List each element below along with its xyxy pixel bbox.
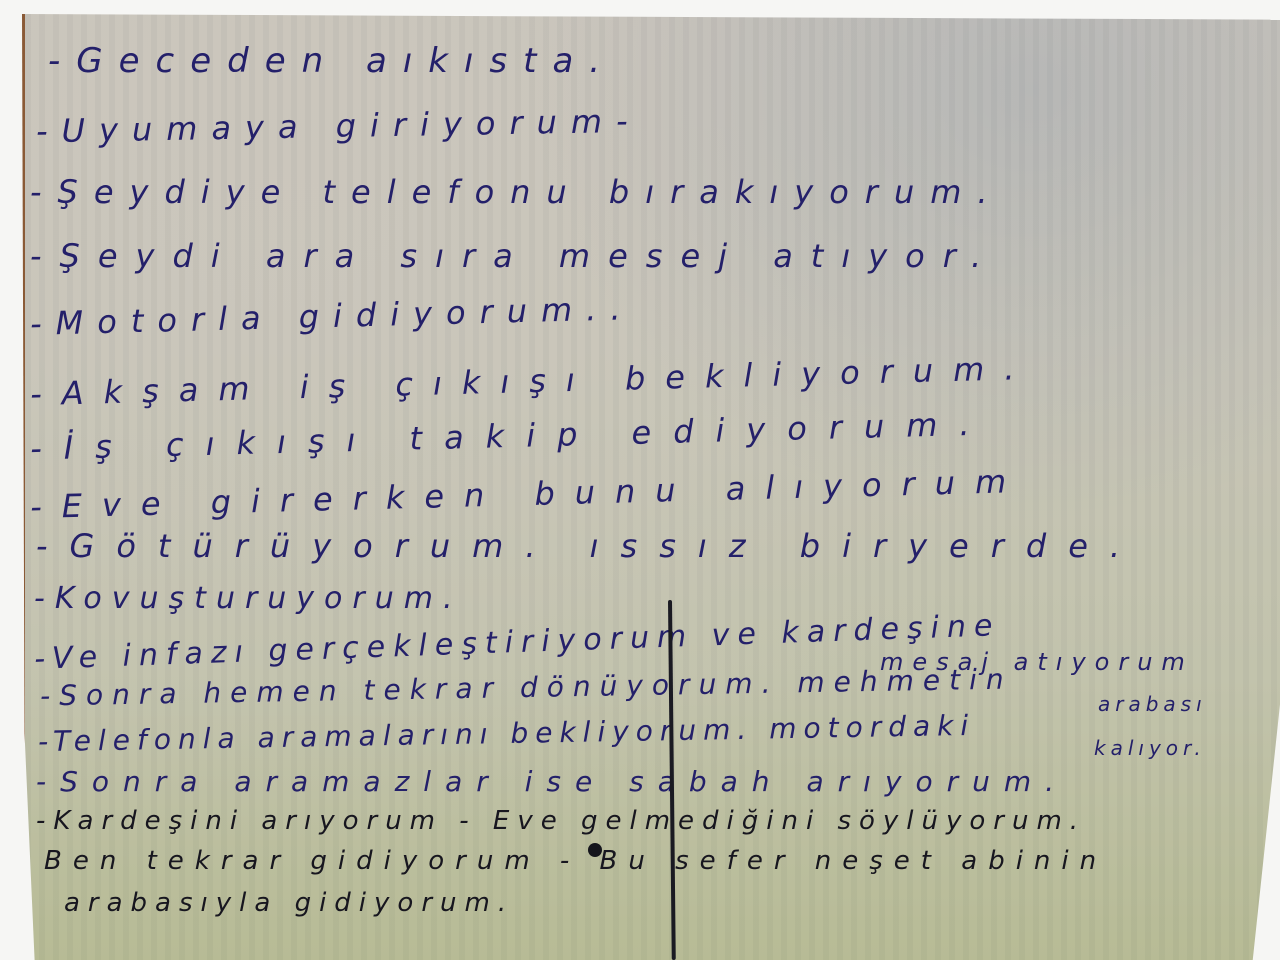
note-line-1: -Geceden aıkısta. <box>48 44 616 78</box>
document-photo: -Geceden aıkısta. -Uyumaya giriyorum- -Ş… <box>0 0 1280 960</box>
note-line-18: -Kardeşini arıyorum - Eve gelmediğini sö… <box>36 808 1086 834</box>
note-line-20: arabasıyla gidiyorum. <box>64 890 514 916</box>
ink-blot <box>588 843 602 857</box>
note-line-2: -Uyumaya giriyorum- <box>36 105 642 148</box>
note-line-16: kalıyor. <box>1094 738 1206 758</box>
note-line-10: -Kovuşturuyorum. <box>34 584 463 614</box>
note-line-19: Ben tekrar gidiyorum - Bu sefer neşet ab… <box>44 848 1107 874</box>
note-line-4: -Şeydi ara sıra mesej atıyor. <box>30 240 999 272</box>
note-line-17: -Sonra aramazlar ise sabah arıyorum. <box>36 768 1068 796</box>
note-line-14: arabası <box>1098 694 1207 714</box>
note-line-9: -Götürüyorum. ıssız biryerde. <box>36 530 1142 562</box>
note-line-3: -Şeydiye telefonu bırakıyorum. <box>30 176 1004 208</box>
